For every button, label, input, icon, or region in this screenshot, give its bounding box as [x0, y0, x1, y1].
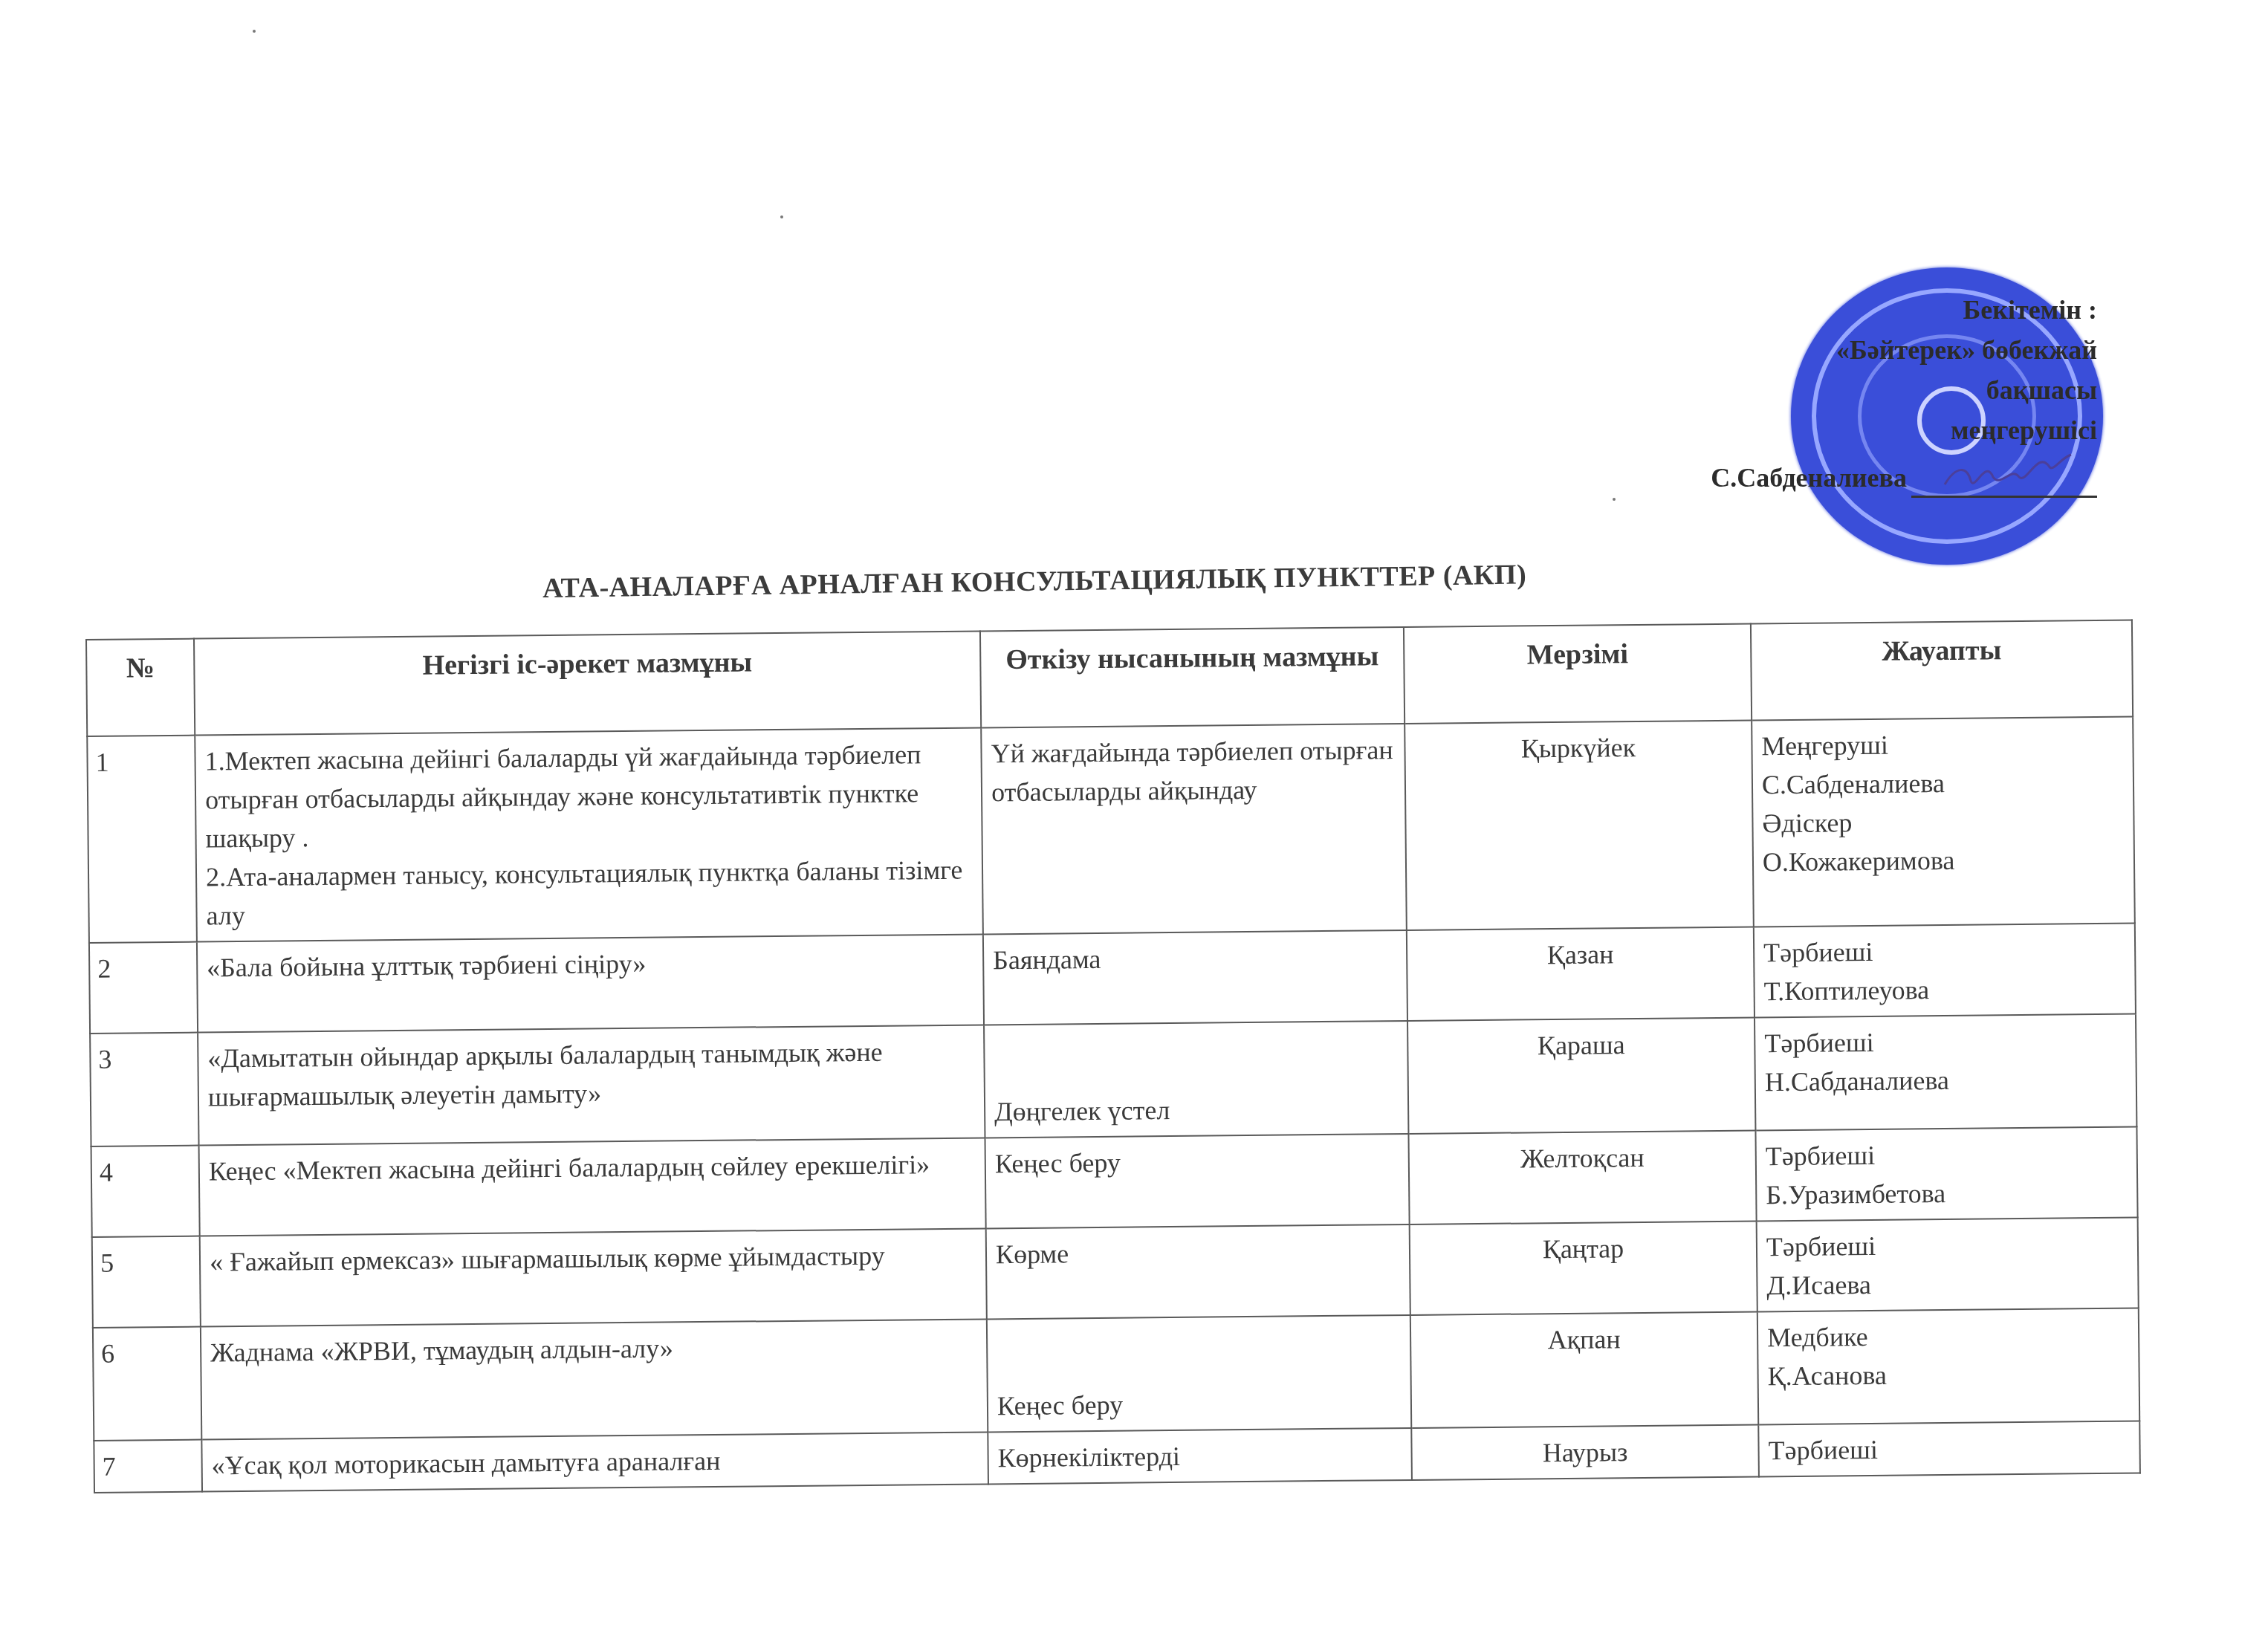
responsible-line: Н.Сабданалиева	[1765, 1060, 2127, 1102]
header-num: №	[86, 639, 195, 736]
approval-heading: Бекітемін :	[1711, 290, 2097, 330]
activity-content-line: 2.Ата-аналармен танысу, консультациялық …	[206, 851, 973, 935]
row-number: 4	[91, 1146, 200, 1237]
responsible-person: МеңгерушіС.СабденалиеваӘдіскерО.Кожакери…	[1752, 717, 2135, 927]
deadline-month: Қыркүйек	[1404, 720, 1754, 930]
row-number: 7	[94, 1440, 202, 1493]
responsible-line: Тәрбиеші	[1766, 1224, 2128, 1267]
activity-content-line: «Ұсақ қол моторикасын дамытуға араналған	[211, 1439, 978, 1485]
deadline-month: Қаңтар	[1410, 1221, 1757, 1314]
activity-content-line: «Дамытатын ойындар арқылы балалардың тан…	[207, 1032, 975, 1117]
delivery-form: Баяндама	[983, 930, 1407, 1025]
responsible-line: Тәрбиеші	[1764, 1021, 2126, 1063]
row-number: 1	[87, 736, 197, 943]
table-row: 11.Мектеп жасына дейінгі балаларды үй жа…	[87, 717, 2135, 943]
approval-institution-cont: бақшасы	[1711, 370, 2097, 410]
delivery-form: Дөңгелек үстел	[984, 1021, 1408, 1138]
row-number: 6	[93, 1327, 201, 1441]
activity-content: «Дамытатын ойындар арқылы балалардың тан…	[198, 1025, 985, 1145]
responsible-line: Медбике	[1767, 1315, 2129, 1357]
scan-speck	[780, 215, 783, 218]
responsible-line: Қ.Асанова	[1767, 1354, 2129, 1396]
responsible-line: Б.Уразимбетова	[1766, 1172, 2128, 1215]
header-term: Мерзімі	[1404, 623, 1752, 723]
responsible-line: Тәрбиеші	[1766, 1134, 2128, 1176]
responsible-line: Т.Коптилеуова	[1763, 969, 2125, 1011]
deadline-month: Ақпан	[1410, 1311, 1758, 1427]
activity-content: «Ұсақ қол моторикасын дамытуға араналған	[201, 1432, 988, 1491]
deadline-month: Қараша	[1407, 1017, 1755, 1133]
row-number: 5	[92, 1236, 201, 1328]
signature	[1911, 466, 2097, 498]
responsible-line: Тәрбиеші	[1768, 1428, 2130, 1470]
deadline-month: Наурыз	[1411, 1424, 1759, 1479]
row-number: 3	[90, 1033, 198, 1146]
responsible-person: ТәрбиешіБ.Уразимбетова	[1755, 1127, 2137, 1222]
signature-icon	[1941, 444, 2090, 496]
responsible-line: Тәрбиеші	[1763, 930, 2125, 973]
responsible-line: Әдіскер	[1762, 801, 2124, 843]
header-responsible: Жауапты	[1751, 620, 2133, 721]
activities-table: № Негізгі іс-әрекет мазмұны Өткізу нысан…	[85, 620, 2141, 1493]
responsible-person: МедбикеҚ.Асанова	[1757, 1308, 2139, 1425]
activity-content-line: 1.Мектеп жасына дейінгі балаларды үй жағ…	[204, 735, 972, 858]
table-body: 11.Мектеп жасына дейінгі балаларды үй жа…	[87, 717, 2140, 1493]
responsible-line: С.Сабденалиева	[1762, 762, 2124, 805]
deadline-month: Желтоқсан	[1408, 1130, 1756, 1224]
responsible-line: Д.Исаева	[1766, 1263, 2128, 1305]
responsible-line: Меңгеруші	[1761, 724, 2123, 766]
activity-content: 1.Мектеп жасына дейінгі балаларды үй жағ…	[195, 727, 983, 941]
header-content: Негізгі іс-әрекет мазмұны	[194, 631, 981, 735]
activity-content: « Ғажайып ермексаз» шығармашылық көрме ұ…	[200, 1228, 987, 1326]
responsible-person: ТәрбиешіД.Исаева	[1757, 1218, 2139, 1312]
delivery-form: Көрнекіліктерді	[988, 1428, 1412, 1484]
deadline-month: Қазан	[1407, 927, 1755, 1020]
activity-content-line: Жаднама «ЖРВИ, тұмаудың алдын-алу»	[210, 1326, 977, 1372]
approval-signatory: С.Сабденалиева	[1711, 458, 1907, 498]
scan-speck	[253, 30, 256, 33]
approval-institution: «Бәйтерек» бөбекжай	[1711, 330, 2097, 370]
responsible-person: ТәрбиешіН.Сабданалиева	[1755, 1014, 2136, 1131]
activity-content: «Бала бойына ұлттық тәрбиені сіңіру»	[197, 934, 984, 1032]
table-row: 3«Дамытатын ойындар арқылы балалардың та…	[90, 1014, 2136, 1146]
delivery-form: Кеңес беру	[985, 1134, 1410, 1228]
scan-speck	[1613, 498, 1616, 501]
header-form: Өткізу нысанының мазмұны	[980, 627, 1404, 727]
document-title: АТА-АНАЛАРҒА АРНАЛҒАН КОНСУЛЬТАЦИЯЛЫҚ ПУ…	[542, 556, 1702, 605]
activity-content-line: Кеңес «Мектеп жасына дейінгі балалардың …	[209, 1145, 976, 1191]
activity-content: Жаднама «ЖРВИ, тұмаудың алдын-алу»	[201, 1319, 988, 1439]
activity-content-line: « Ғажайып ермексаз» шығармашылық көрме ұ…	[210, 1236, 976, 1282]
row-number: 2	[89, 942, 198, 1034]
delivery-form: Кеңес беру	[987, 1315, 1411, 1432]
delivery-form: Үй жағдайында тәрбиелеп отырған отбасыла…	[981, 724, 1407, 934]
responsible-line: О.Кожакеримова	[1763, 840, 2125, 882]
delivery-form: Көрме	[986, 1224, 1410, 1319]
activity-content: Кеңес «Мектеп жасына дейінгі балалардың …	[199, 1138, 986, 1236]
table-row: 6Жаднама «ЖРВИ, тұмаудың алдын-алу»Кеңес…	[93, 1308, 2139, 1441]
approval-block: Бекітемін : «Бәйтерек» бөбекжай бақшасы …	[1711, 290, 2097, 498]
responsible-person: Тәрбиеші	[1758, 1421, 2140, 1477]
responsible-person: ТәрбиешіТ.Коптилеуова	[1754, 924, 2136, 1018]
scanned-document-page: Бекітемін : «Бәйтерек» бөбекжай бақшасы …	[0, 0, 2268, 1648]
activity-content-line: «Бала бойына ұлттық тәрбиені сіңіру»	[207, 941, 973, 987]
